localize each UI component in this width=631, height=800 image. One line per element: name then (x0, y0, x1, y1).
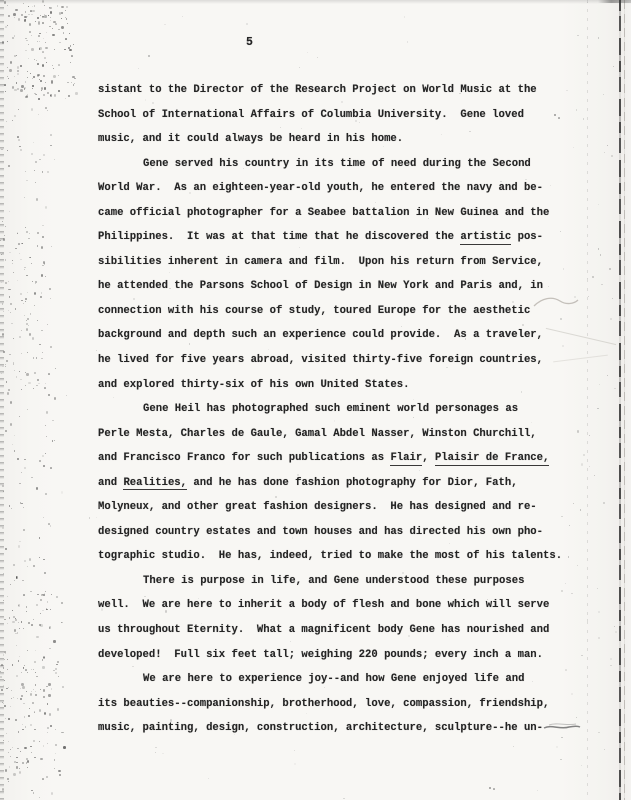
page-number: 5 (246, 36, 253, 49)
noise-speck (30, 724, 32, 726)
noise-speck (54, 440, 55, 441)
text-line: and explored thirty-six of his own Unite… (98, 373, 598, 398)
noise-speck (8, 289, 10, 290)
noise-speck (47, 171, 48, 172)
noise-speck (65, 10, 66, 11)
noise-speck (21, 695, 23, 697)
noise-speck (610, 318, 612, 320)
noise-speck (15, 9, 17, 11)
noise-speck (610, 665, 612, 666)
noise-speck (6, 381, 7, 382)
noise-speck (45, 107, 47, 109)
noise-speck (5, 259, 6, 260)
noise-speck (604, 749, 605, 750)
noise-speck (24, 665, 25, 666)
noise-speck (14, 17, 16, 19)
noise-speck (73, 44, 74, 45)
noise-speck (20, 89, 22, 92)
noise-speck (14, 370, 15, 371)
noise-speck (598, 732, 599, 733)
noise-speck (18, 731, 20, 733)
noise-speck (9, 766, 10, 767)
noise-speck (17, 136, 19, 138)
noise-speck (609, 268, 610, 270)
noise-speck (19, 541, 21, 543)
noise-speck (37, 232, 39, 234)
top-right-smudge (598, 0, 631, 3)
noise-speck (50, 95, 51, 97)
noise-speck (26, 758, 28, 760)
noise-speck (43, 465, 45, 467)
text-segment: music, and it could always be heard in h… (98, 133, 403, 145)
noise-speck (21, 621, 23, 623)
noise-speck (39, 460, 41, 462)
noise-speck (34, 292, 36, 295)
noise-speck (23, 594, 24, 596)
noise-speck (37, 379, 39, 382)
noise-speck (43, 689, 45, 691)
noise-speck (50, 467, 52, 469)
text-segment: well. We are here to inherit a body of f… (98, 599, 549, 611)
noise-speck (15, 618, 16, 619)
noise-speck (55, 753, 56, 754)
noise-speck (38, 383, 40, 384)
noise-speck (31, 790, 33, 792)
noise-speck (164, 24, 166, 25)
underlined-text: Realities, (123, 477, 187, 491)
noise-speck (50, 525, 52, 527)
noise-speck (61, 6, 64, 8)
noise-speck (27, 566, 28, 567)
noise-speck (607, 145, 608, 146)
noise-speck (44, 15, 46, 18)
noise-speck (4, 651, 6, 653)
noise-speck (44, 5, 45, 6)
noise-speck (18, 622, 19, 623)
noise-speck (26, 373, 28, 376)
noise-speck (21, 300, 23, 302)
text-segment: developed! Full six feet tall; weighing … (98, 649, 543, 661)
noise-speck (12, 120, 13, 121)
noise-speck (40, 613, 41, 614)
noise-speck (28, 715, 30, 718)
noise-speck (20, 149, 22, 151)
noise-speck (40, 296, 42, 297)
noise-speck (23, 507, 24, 508)
noise-speck (21, 243, 23, 244)
noise-speck (28, 622, 30, 625)
noise-speck (39, 41, 40, 42)
noise-speck (39, 557, 40, 558)
noise-speck (59, 12, 61, 14)
text-line: and Realities, and he has done fashion p… (98, 471, 598, 496)
noise-speck (45, 591, 46, 592)
noise-speck (35, 182, 36, 183)
noise-speck (19, 628, 20, 629)
noise-speck (610, 658, 612, 661)
noise-speck (407, 41, 408, 43)
noise-speck (343, 798, 345, 799)
underlined-text: Plaisir de France, (435, 452, 549, 466)
noise-speck (68, 95, 69, 96)
noise-speck (44, 712, 46, 715)
noise-speck (35, 694, 37, 696)
noise-speck (5, 226, 6, 227)
noise-speck (50, 17, 51, 18)
noise-speck (31, 624, 33, 626)
noise-speck (155, 747, 156, 749)
noise-speck (25, 19, 26, 20)
noise-speck (5, 769, 7, 772)
noise-speck (50, 134, 52, 136)
noise-speck (46, 686, 48, 688)
noise-speck (48, 373, 50, 375)
noise-speck (13, 13, 16, 16)
noise-speck (61, 622, 62, 623)
noise-speck (613, 66, 615, 67)
noise-speck (33, 792, 34, 794)
noise-speck (49, 713, 51, 715)
noise-speck (12, 260, 13, 262)
noise-speck (19, 483, 21, 484)
noise-speck (45, 206, 47, 209)
noise-speck (26, 323, 28, 325)
noise-speck (34, 661, 36, 663)
text-line: Philippines. It was at that time that he… (98, 225, 598, 250)
text-segment: music, painting, design, construction, a… (98, 722, 543, 734)
noise-speck (61, 732, 64, 734)
noise-speck (20, 688, 21, 689)
noise-speck (7, 5, 8, 6)
scanned-document-page: 5 sistant to the Director of the Researc… (0, 0, 631, 800)
noise-speck (22, 729, 24, 731)
noise-speck (59, 774, 61, 776)
text-segment: designed country estates and town houses… (98, 526, 543, 538)
noise-speck (30, 313, 32, 315)
noise-speck (31, 48, 33, 50)
noise-speck (47, 601, 48, 603)
noise-speck (61, 602, 63, 604)
noise-speck (4, 84, 6, 86)
noise-speck (39, 47, 41, 50)
noise-speck (556, 746, 558, 747)
noise-speck (54, 759, 55, 760)
noise-speck (15, 248, 17, 249)
noise-speck (20, 65, 23, 68)
noise-speck (27, 409, 28, 410)
noise-speck (16, 82, 17, 83)
text-line: tographic studio. He has, indeed, tried … (98, 544, 598, 569)
noise-speck (30, 10, 32, 12)
noise-speck (12, 444, 13, 445)
noise-speck (34, 93, 36, 94)
noise-speck (27, 760, 29, 763)
noise-speck (598, 37, 599, 39)
noise-speck (13, 616, 15, 618)
noise-speck (10, 303, 12, 305)
noise-speck (49, 648, 51, 649)
noise-speck (53, 670, 54, 671)
noise-speck (13, 697, 14, 698)
noise-speck (28, 6, 29, 7)
text-line: We are here to experience joy--and how G… (98, 667, 598, 692)
text-segment: , (422, 452, 435, 464)
noise-speck (19, 371, 20, 372)
noise-speck (34, 59, 35, 60)
noise-speck (138, 68, 139, 70)
noise-speck (36, 604, 38, 606)
noise-speck (11, 323, 12, 324)
noise-speck (33, 740, 35, 742)
noise-speck (38, 21, 41, 25)
noise-speck (7, 150, 8, 151)
noise-speck (611, 155, 613, 156)
noise-speck (49, 627, 51, 629)
noise-speck (31, 477, 32, 479)
noise-speck (26, 691, 27, 692)
text-segment: World War. As an eighteen-year-old youth… (98, 182, 543, 194)
noise-speck (9, 211, 10, 212)
noise-speck (40, 758, 42, 760)
noise-speck (25, 385, 26, 386)
text-line: Molyneux, and other great fashion design… (98, 495, 598, 520)
text-line: Perle Mesta, Charles de Gaule, Gamal Abd… (98, 422, 598, 447)
noise-speck (42, 171, 43, 173)
noise-speck (28, 44, 29, 45)
noise-speck (42, 0, 44, 3)
noise-speck (51, 688, 53, 690)
noise-speck (25, 301, 27, 302)
noise-speck (21, 353, 22, 354)
noise-speck (9, 617, 11, 619)
noise-speck (35, 21, 36, 22)
text-segment: sibilities inherent in camera and film. … (98, 256, 543, 268)
noise-speck (29, 257, 31, 258)
noise-speck (66, 395, 67, 396)
noise-speck (34, 757, 36, 758)
right-scan-edge-line (619, 0, 621, 800)
noise-speck (28, 58, 29, 59)
noise-speck (20, 751, 21, 752)
noise-speck (8, 389, 10, 391)
noise-speck (24, 87, 26, 89)
noise-speck (24, 88, 25, 89)
noise-speck (8, 718, 10, 719)
noise-speck (32, 6, 33, 7)
noise-speck (24, 197, 25, 198)
noise-speck (45, 425, 46, 426)
noise-speck (6, 121, 7, 122)
noise-speck (513, 746, 514, 747)
noise-speck (12, 86, 14, 88)
noise-speck (58, 29, 59, 30)
noise-speck (10, 749, 11, 750)
noise-speck (21, 330, 22, 331)
noise-speck (25, 372, 27, 373)
noise-speck (19, 146, 20, 147)
noise-speck (603, 94, 604, 95)
noise-speck (7, 778, 10, 781)
noise-speck (16, 577, 17, 579)
noise-speck (64, 49, 65, 50)
noise-speck (42, 594, 43, 595)
noise-speck (71, 55, 73, 57)
noise-speck (36, 487, 38, 489)
noise-speck (18, 545, 20, 547)
noise-speck (182, 16, 183, 17)
noise-speck (59, 42, 61, 43)
noise-speck (44, 87, 46, 89)
noise-speck (13, 773, 16, 776)
noise-speck (493, 788, 495, 790)
noise-speck (7, 392, 9, 394)
noise-speck (50, 725, 52, 726)
noise-speck (10, 312, 11, 313)
noise-speck (42, 610, 43, 611)
noise-speck (34, 711, 35, 712)
text-line: he lived for five years abroad, visited … (98, 348, 598, 373)
noise-speck (39, 33, 41, 35)
noise-speck (61, 491, 63, 493)
noise-speck (43, 696, 46, 699)
noise-speck (72, 76, 74, 78)
noise-speck (58, 64, 60, 66)
noise-speck (27, 672, 28, 673)
noise-speck (5, 718, 6, 719)
noise-speck (4, 235, 5, 236)
noise-speck (65, 98, 66, 99)
noise-speck (37, 74, 40, 76)
noise-speck (39, 537, 40, 539)
text-segment: Gene Heil has photographed such eminent … (143, 403, 518, 415)
noise-speck (30, 591, 32, 593)
noise-speck (26, 762, 27, 764)
noise-speck (5, 653, 6, 654)
noise-speck (52, 28, 53, 30)
noise-speck (9, 505, 10, 506)
noise-speck (58, 75, 59, 76)
noise-speck (5, 26, 6, 28)
noise-speck (22, 762, 24, 764)
noise-speck (489, 787, 491, 789)
noise-speck (599, 384, 600, 385)
noise-speck (12, 621, 14, 623)
noise-speck (4, 1, 6, 3)
noise-speck (13, 363, 15, 365)
noise-speck (48, 683, 50, 686)
noise-speck (26, 606, 28, 608)
noise-speck (27, 318, 29, 320)
noise-speck (23, 703, 24, 704)
noise-speck (14, 580, 15, 581)
noise-speck (4, 659, 5, 660)
noise-speck (52, 65, 53, 66)
noise-speck (16, 576, 18, 579)
underlined-text: artistic (460, 231, 511, 245)
left-scan-edge (0, 0, 4, 800)
noise-speck (32, 702, 34, 704)
text-segment: Gene served his country in its time of n… (143, 158, 531, 170)
noise-speck (29, 708, 30, 709)
noise-speck (37, 320, 38, 321)
noise-speck (23, 667, 24, 669)
noise-speck (39, 797, 40, 798)
noise-speck (26, 275, 28, 277)
noise-speck (36, 385, 38, 386)
noise-speck (39, 624, 41, 626)
noise-speck (8, 718, 10, 720)
noise-speck (39, 344, 40, 345)
text-line: Gene Heil has photographed such eminent … (98, 397, 598, 422)
noise-speck (37, 594, 38, 595)
noise-speck (33, 357, 35, 359)
noise-speck (39, 159, 40, 160)
noise-speck (61, 18, 62, 19)
noise-speck (44, 387, 46, 389)
noise-speck (20, 502, 21, 504)
noise-speck (45, 453, 46, 454)
noise-speck (14, 115, 16, 117)
noise-speck (42, 455, 44, 457)
noise-speck (37, 75, 39, 77)
noise-speck (28, 238, 29, 239)
noise-speck (26, 320, 27, 321)
noise-speck (49, 626, 51, 628)
noise-speck (40, 689, 41, 690)
noise-speck (50, 11, 53, 14)
noise-speck (61, 12, 63, 13)
noise-speck (25, 11, 26, 13)
noise-speck (50, 94, 52, 97)
noise-speck (27, 94, 28, 95)
noise-speck (43, 154, 45, 157)
noise-speck (27, 71, 28, 72)
noise-speck (35, 281, 37, 284)
noise-speck (23, 667, 24, 668)
noise-speck (32, 281, 34, 282)
noise-speck (63, 32, 65, 34)
noise-speck (58, 676, 59, 677)
noise-speck (41, 90, 42, 91)
noise-speck (26, 180, 28, 181)
noise-speck (45, 493, 47, 495)
noise-speck (34, 712, 35, 713)
noise-speck (577, 35, 578, 36)
noise-speck (26, 40, 28, 41)
noise-speck (33, 76, 34, 78)
noise-speck (24, 560, 26, 562)
noise-speck (33, 619, 34, 620)
text-line: School of International Affairs of Colum… (98, 103, 598, 128)
noise-speck (56, 596, 58, 598)
text-segment: There is purpose in life, and Gene under… (143, 575, 524, 587)
noise-speck (36, 636, 39, 639)
noise-speck (5, 91, 6, 92)
noise-speck (12, 664, 13, 666)
noise-speck (8, 15, 9, 16)
noise-speck (25, 50, 26, 51)
noise-speck (30, 746, 32, 748)
noise-speck (55, 23, 57, 25)
noise-speck (96, 350, 97, 351)
text-line: designed country estates and town houses… (98, 520, 598, 545)
noise-speck (11, 690, 12, 691)
noise-speck (21, 389, 22, 390)
noise-speck (57, 708, 59, 710)
noise-speck (54, 94, 56, 97)
pencil-dash-mark (542, 720, 582, 734)
noise-speck (7, 25, 8, 26)
